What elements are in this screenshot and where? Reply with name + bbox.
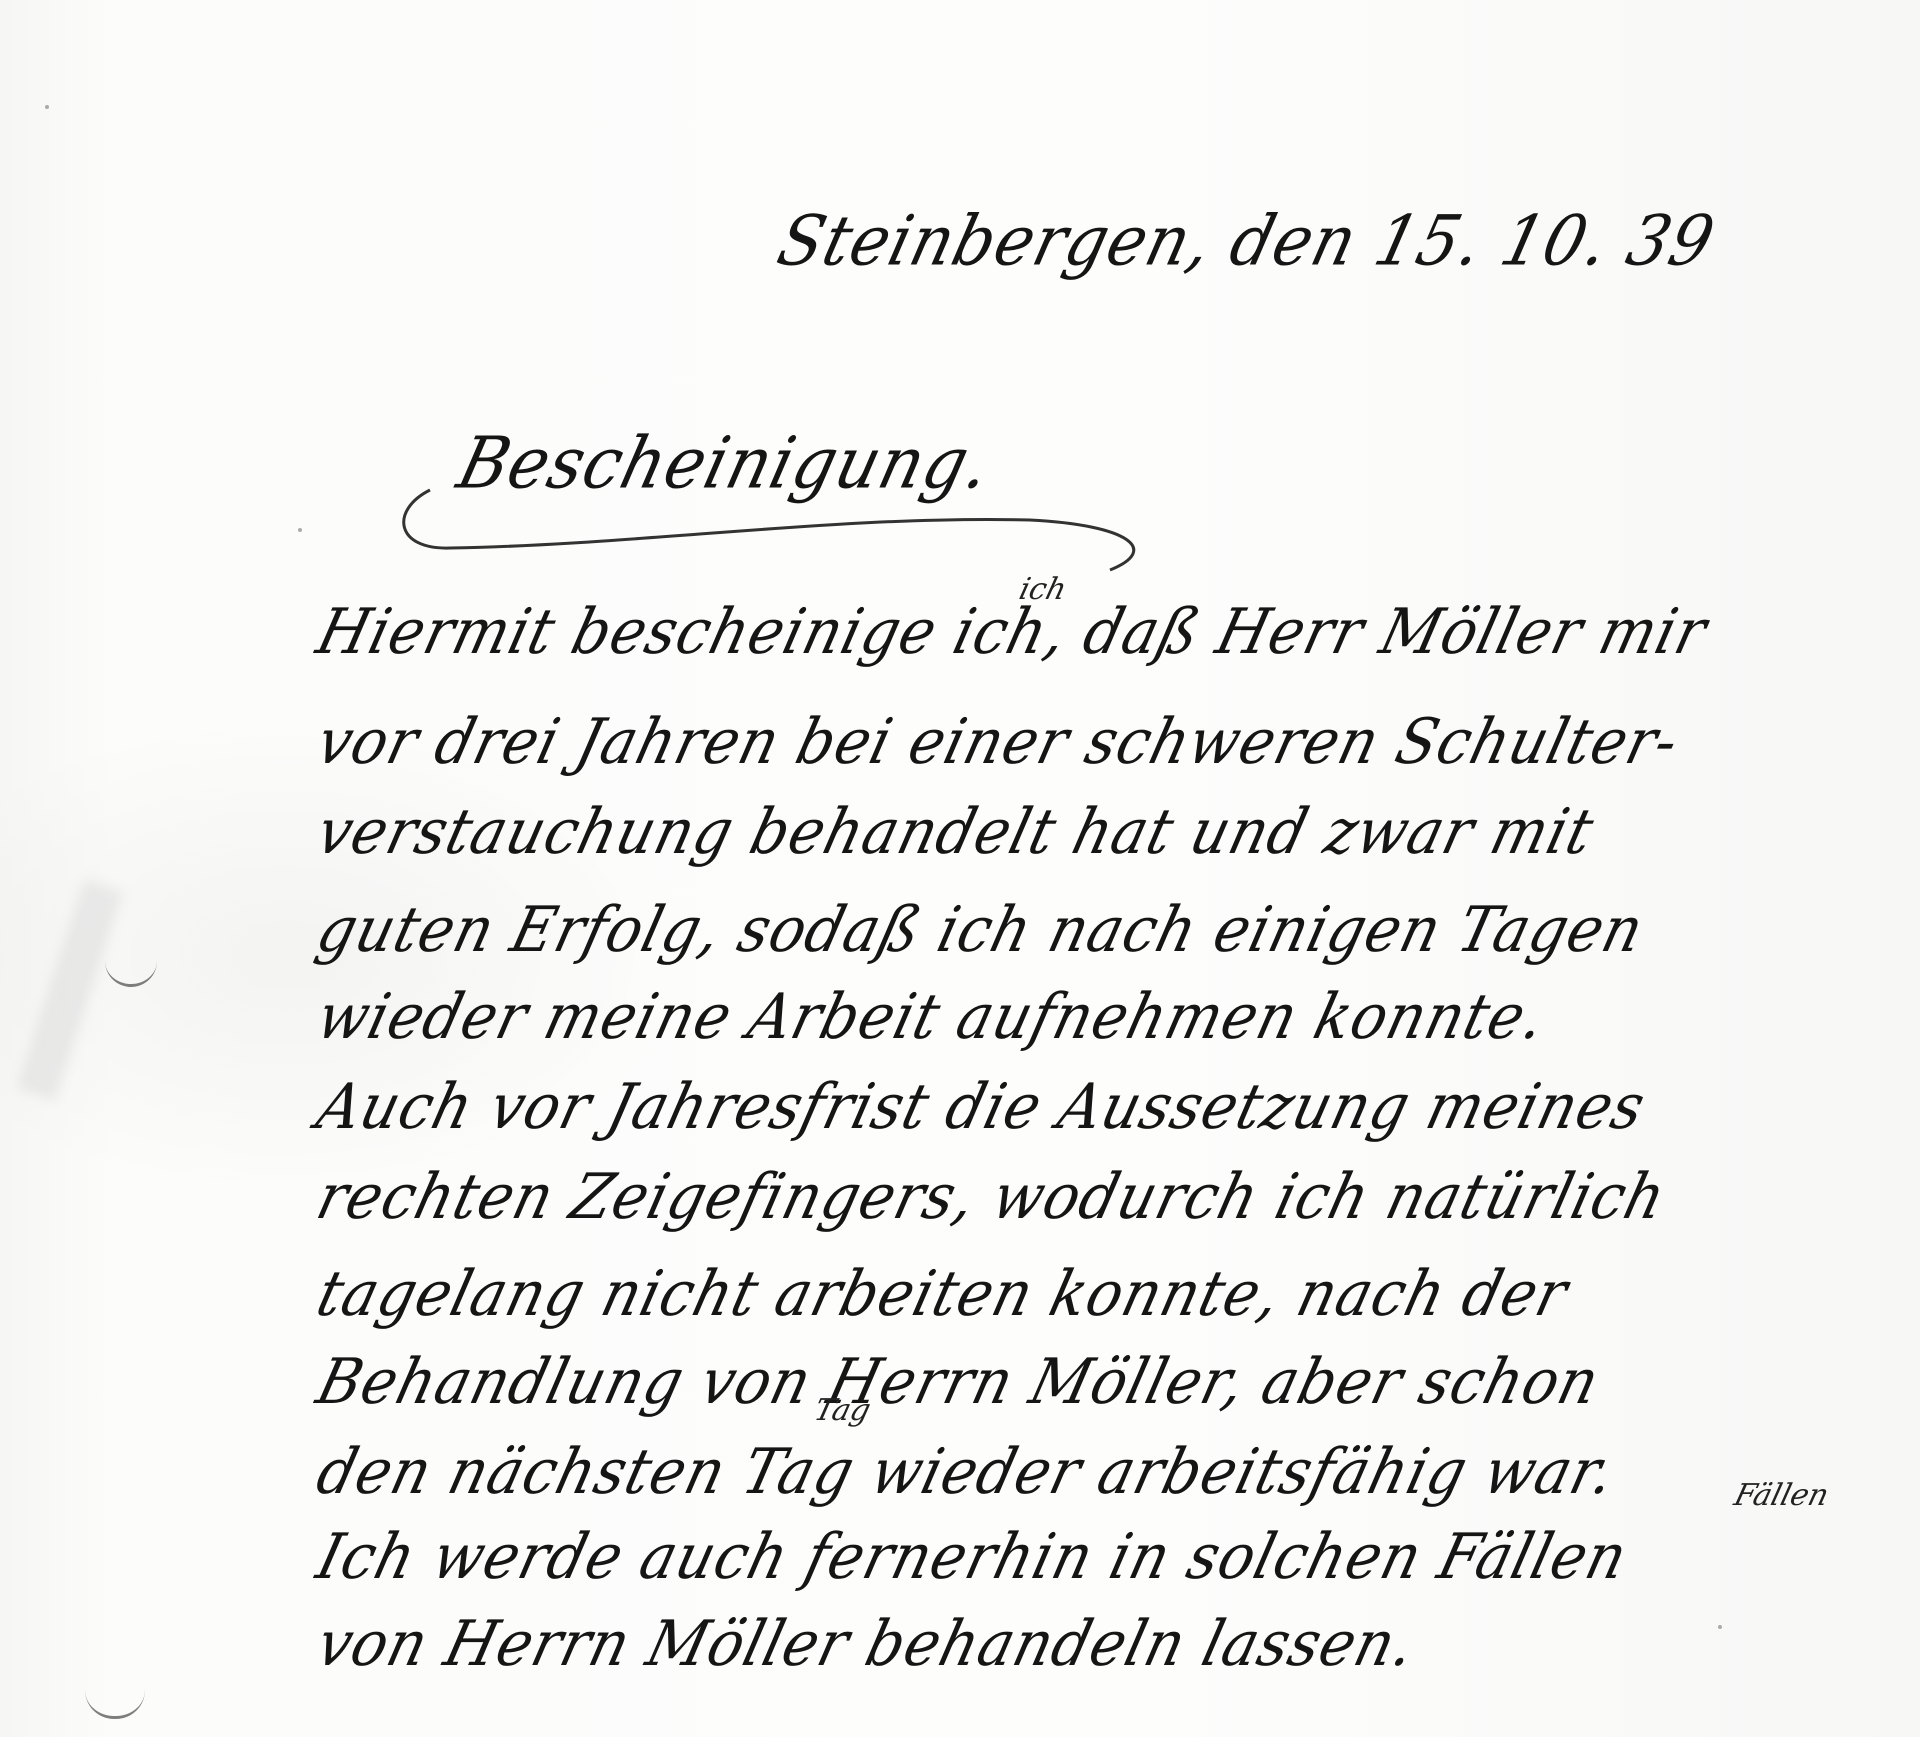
body-line-7: rechten Zeigefingers, wodurch ich natürl… <box>310 1160 1674 1233</box>
body-line-12: von Herrn Möller behandeln lassen. <box>310 1607 1423 1680</box>
body-line-6: Auch vor Jahresfrist die Aussetzung mein… <box>310 1070 1653 1143</box>
body-line-4: guten Erfolg, sodaß ich nach einigen Tag… <box>310 893 1651 966</box>
body-line-5: wieder meine Arbeit aufnehmen konnte. <box>310 980 1553 1053</box>
insertion-superscript: Tag <box>811 1393 875 1428</box>
insertion-superscript: ich <box>1016 572 1070 607</box>
paper-speck <box>45 105 49 109</box>
paper-speck <box>1718 1625 1722 1629</box>
heading-underline-flourish <box>390 470 1150 580</box>
paper-speck <box>298 528 302 532</box>
body-line-10: den nächsten Tag wieder arbeitsfähig war… <box>310 1435 1623 1508</box>
place-date: Steinbergen, den 15. 10. 39 <box>770 202 1722 282</box>
insertion-superscript: Fällen <box>1731 1478 1833 1513</box>
body-line-1: Hiermit bescheinige ich, daß Herr Möller… <box>310 595 1715 668</box>
body-line-2: vor drei Jahren bei einer schweren Schul… <box>310 705 1686 778</box>
body-line-3: verstauchung behandelt hat und zwar mit <box>310 795 1601 868</box>
body-line-8: tagelang nicht arbeiten konnte, nach der <box>310 1257 1576 1330</box>
body-line-9: Behandlung von Herrn Möller, aber schon <box>310 1345 1607 1418</box>
body-line-11: Ich werde auch fernerhin in solchen Fäll… <box>310 1520 1635 1593</box>
